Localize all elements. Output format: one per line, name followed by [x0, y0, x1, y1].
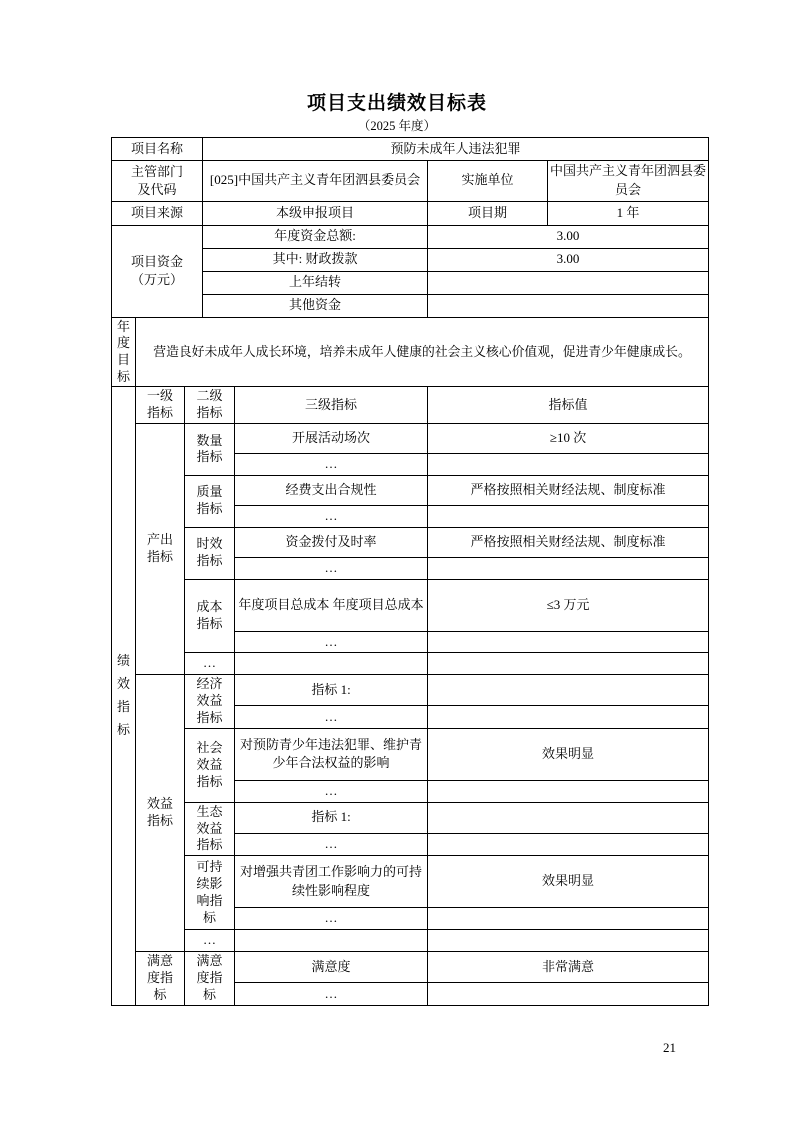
funding-total-label: 年度资金总额: — [203, 225, 428, 248]
level2-ecological-label: 生态效益指标 — [197, 804, 223, 855]
quality-metric: 经费支出合规性 — [235, 475, 428, 505]
quality-ellipsis-value — [428, 505, 709, 527]
benefit-ellipsis-metric — [235, 930, 428, 952]
output-ellipsis-value — [428, 653, 709, 675]
level1-output-cell: 产出指标 — [136, 423, 185, 674]
social-metric: 对预防青少年违法犯罪、维护青少年合法权益的影响 — [235, 728, 428, 780]
row-project-name: 项目名称 预防未成年人违法犯罪 — [112, 138, 709, 161]
funding-fiscal-label: 其中: 财政拨款 — [203, 248, 428, 271]
annual-goal-label: 年度目标 — [117, 319, 130, 386]
row-economic: 效益指标 经济效益指标 指标 1: — [112, 675, 709, 706]
level1-satisfaction-label: 满意度指标 — [147, 953, 173, 1004]
cost-ellipsis: … — [235, 631, 428, 653]
economic-ellipsis: … — [235, 706, 428, 729]
funding-other-value — [428, 294, 709, 317]
source-label: 项目来源 — [112, 201, 203, 225]
level2-sustainable-label: 可持续影响指标 — [197, 859, 223, 927]
sustainable-value: 效果明显 — [428, 856, 709, 908]
level2-ecological-cell: 生态效益指标 — [185, 802, 235, 856]
level1-benefit-cell: 效益指标 — [136, 675, 185, 952]
funding-carryover-label: 上年结转 — [203, 271, 428, 294]
benefit-level2-ellipsis: … — [185, 930, 235, 952]
satisfaction-value: 非常满意 — [428, 952, 709, 983]
row-ecological: 生态效益指标 指标 1: — [112, 802, 709, 833]
economic-ellipsis-value — [428, 706, 709, 729]
perf-side-label: 绩效指标 — [117, 650, 130, 741]
header-level1-text: 一级指标 — [147, 388, 173, 422]
level2-quality-cell: 质量指标 — [185, 475, 235, 527]
cost-value: ≤3 万元 — [428, 579, 709, 631]
dept-label-cell: 主管部门及代码 — [112, 161, 203, 202]
row-cost: 成本指标 年度项目总成本 年度项目总成本 ≤3 万元 — [112, 579, 709, 631]
row-time: 时效指标 资金拨付及时率 严格按照相关财经法规、制度标准 — [112, 527, 709, 557]
level2-social-label: 社会效益指标 — [197, 740, 223, 791]
social-ellipsis-value — [428, 780, 709, 802]
quantity-metric: 开展活动场次 — [235, 423, 428, 453]
level1-output-label: 产出指标 — [147, 532, 173, 566]
funding-fiscal-value: 3.00 — [428, 248, 709, 271]
cost-metric: 年度项目总成本 年度项目总成本 — [235, 579, 428, 631]
level2-quantity-cell: 数量指标 — [185, 423, 235, 475]
annual-goal-side-cell: 年度目标 — [112, 317, 136, 387]
ecological-value — [428, 802, 709, 833]
level2-quality-label: 质量指标 — [197, 484, 223, 518]
row-annual-goal: 年度目标 营造良好未成年人成长环境，培养未成年人健康的社会主义核心价值观，促进青… — [112, 317, 709, 387]
funding-total-value: 3.00 — [428, 225, 709, 248]
time-value: 严格按照相关财经法规、制度标准 — [428, 527, 709, 557]
output-level2-ellipsis: … — [185, 653, 235, 675]
row-sustainable: 可持续影响指标 对增强共青团工作影响力的可持续性影响程度 效果明显 — [112, 856, 709, 908]
row-department: 主管部门及代码 [025]中国共产主义青年团泗县委员会 实施单位 中国共产主义青… — [112, 161, 709, 202]
header-level3: 三级指标 — [235, 387, 428, 424]
period-value: 1 年 — [548, 201, 709, 225]
ecological-metric: 指标 1: — [235, 802, 428, 833]
row-quality: 质量指标 经费支出合规性 严格按照相关财经法规、制度标准 — [112, 475, 709, 505]
period-label: 项目期 — [428, 201, 548, 225]
benefit-ellipsis-value — [428, 930, 709, 952]
page-number: 21 — [663, 1040, 676, 1056]
level2-satisfaction-cell: 满意度指标 — [185, 952, 235, 1006]
source-value: 本级申报项目 — [203, 201, 428, 225]
perf-side-cell: 绩效指标 — [112, 387, 136, 1006]
level2-economic-cell: 经济效益指标 — [185, 675, 235, 729]
sustainable-ellipsis: … — [235, 908, 428, 930]
project-name-value: 预防未成年人违法犯罪 — [203, 138, 709, 161]
quantity-value: ≥10 次 — [428, 423, 709, 453]
sustainable-metric: 对增强共青团工作影响力的可持续性影响程度 — [235, 856, 428, 908]
row-output-ellipsis: … — [112, 653, 709, 675]
economic-metric: 指标 1: — [235, 675, 428, 706]
page-subtitle: （2025 年度） — [0, 116, 794, 134]
time-ellipsis-value — [428, 557, 709, 579]
level2-time-label: 时效指标 — [197, 536, 223, 570]
satisfaction-ellipsis-value — [428, 983, 709, 1006]
social-ellipsis: … — [235, 780, 428, 802]
quality-value: 严格按照相关财经法规、制度标准 — [428, 475, 709, 505]
quality-ellipsis: … — [235, 505, 428, 527]
funding-carryover-value — [428, 271, 709, 294]
page-title: 项目支出绩效目标表 — [0, 88, 794, 115]
satisfaction-metric: 满意度 — [235, 952, 428, 983]
level1-satisfaction-cell: 满意度指标 — [136, 952, 185, 1006]
header-value: 指标值 — [428, 387, 709, 424]
annual-goal-text: 营造良好未成年人成长环境，培养未成年人健康的社会主义核心价值观，促进青少年健康成… — [136, 317, 709, 387]
performance-target-table: 项目名称 预防未成年人违法犯罪 主管部门及代码 [025]中国共产主义青年团泗县… — [111, 137, 709, 1006]
row-quantity: 产出指标 数量指标 开展活动场次 ≥10 次 — [112, 423, 709, 453]
level2-social-cell: 社会效益指标 — [185, 728, 235, 802]
impl-unit-value: 中国共产主义青年团泗县委员会 — [548, 161, 709, 202]
satisfaction-ellipsis: … — [235, 983, 428, 1006]
time-ellipsis: … — [235, 557, 428, 579]
sustainable-ellipsis-value — [428, 908, 709, 930]
row-source: 项目来源 本级申报项目 项目期 1 年 — [112, 201, 709, 225]
level2-quantity-label: 数量指标 — [197, 433, 223, 467]
economic-value — [428, 675, 709, 706]
ecological-ellipsis-value — [428, 833, 709, 856]
row-social: 社会效益指标 对预防青少年违法犯罪、维护青少年合法权益的影响 效果明显 — [112, 728, 709, 780]
quantity-ellipsis-value — [428, 453, 709, 475]
cost-ellipsis-value — [428, 631, 709, 653]
row-benefit-ellipsis: … — [112, 930, 709, 952]
ecological-ellipsis: … — [235, 833, 428, 856]
level2-time-cell: 时效指标 — [185, 527, 235, 579]
funding-label-cell: 项目资金（万元） — [112, 225, 203, 317]
output-ellipsis-metric — [235, 653, 428, 675]
project-name-label: 项目名称 — [112, 138, 203, 161]
level1-benefit-label: 效益指标 — [147, 796, 173, 830]
time-metric: 资金拨付及时率 — [235, 527, 428, 557]
level2-satisfaction-label: 满意度指标 — [197, 953, 223, 1004]
impl-unit-label: 实施单位 — [428, 161, 548, 202]
document-page: 项目支出绩效目标表 （2025 年度） 项目名称 预防未成年人违法犯罪 主管部门… — [0, 0, 794, 1122]
header-level2-text: 二级指标 — [197, 388, 223, 422]
funding-other-label: 其他资金 — [203, 294, 428, 317]
dept-label: 主管部门及代码 — [131, 163, 184, 199]
funding-label: 项目资金（万元） — [131, 253, 184, 289]
social-value: 效果明显 — [428, 728, 709, 780]
header-level2: 二级指标 — [185, 387, 235, 424]
quantity-ellipsis: … — [235, 453, 428, 475]
row-satisfaction: 满意度指标 满意度指标 满意度 非常满意 — [112, 952, 709, 983]
level2-cost-label: 成本指标 — [197, 599, 223, 633]
row-funding-total: 项目资金（万元） 年度资金总额: 3.00 — [112, 225, 709, 248]
header-level1: 一级指标 — [136, 387, 185, 424]
level2-cost-cell: 成本指标 — [185, 579, 235, 653]
row-perf-header: 绩效指标 一级指标 二级指标 三级指标 指标值 — [112, 387, 709, 424]
dept-value: [025]中国共产主义青年团泗县委员会 — [203, 161, 428, 202]
level2-sustainable-cell: 可持续影响指标 — [185, 856, 235, 930]
level2-economic-label: 经济效益指标 — [197, 676, 223, 727]
